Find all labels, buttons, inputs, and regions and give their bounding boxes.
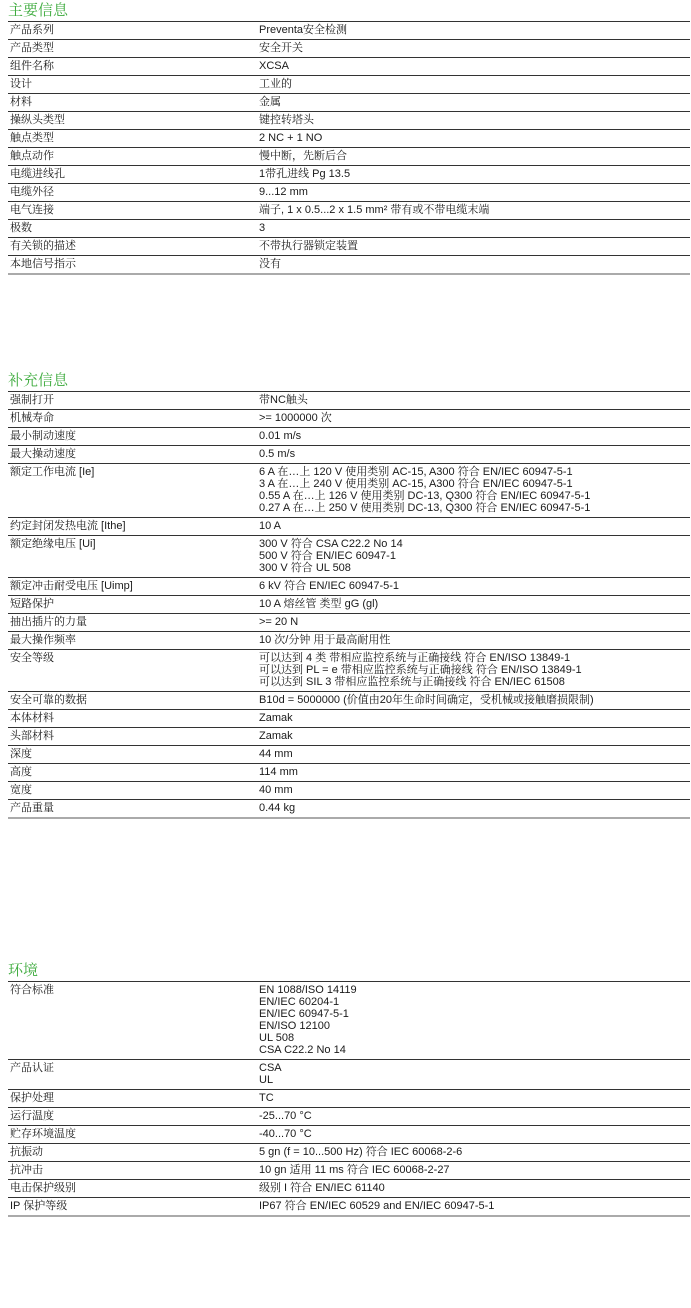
spec-value-line: UL xyxy=(259,1074,690,1086)
spec-label: 宽度 xyxy=(8,782,257,800)
spec-value-line: Zamak xyxy=(259,730,690,742)
spec-label: 安全可靠的数据 xyxy=(8,692,257,710)
spec-value-line: XCSA xyxy=(259,60,690,72)
spec-value-line: IP67 符合 EN/IEC 60529 and EN/IEC 60947-5-… xyxy=(259,1200,690,1212)
spec-value: 带NC触头 xyxy=(257,392,690,410)
section-title: 环境 xyxy=(8,962,690,982)
spec-value-line: 3 xyxy=(259,222,690,234)
table-row: 本体材料Zamak xyxy=(8,710,690,728)
spec-value: 10 gn 适用 11 ms 符合 IEC 60068-2-27 xyxy=(257,1162,690,1180)
spec-value-line: 3 A 在…上 240 V 使用类别 AC-15, A300 符合 EN/IEC… xyxy=(259,478,690,490)
spec-value: 0.5 m/s xyxy=(257,446,690,464)
spec-label: 符合标准 xyxy=(8,982,257,1060)
spec-value-line: 300 V 符合 CSA C22.2 No 14 xyxy=(259,538,690,550)
table-row: 操纵头类型键控转塔头 xyxy=(8,112,690,130)
spec-label: 机械寿命 xyxy=(8,410,257,428)
spec-value: -40...70 °C xyxy=(257,1126,690,1144)
spec-label: 额定绝缘电压 [Ui] xyxy=(8,536,257,578)
spec-label: 额定冲击耐受电压 [Uimp] xyxy=(8,578,257,596)
spec-label: 抗振动 xyxy=(8,1144,257,1162)
spec-value: Zamak xyxy=(257,728,690,746)
spec-value: 工业的 xyxy=(257,76,690,94)
table-row: 运行温度-25...70 °C xyxy=(8,1108,690,1126)
spec-section: 环境符合标准EN 1088/ISO 14119EN/IEC 60204-1EN/… xyxy=(8,962,690,1217)
spec-label: 电击保护级别 xyxy=(8,1180,257,1198)
spec-label: 最小制动速度 xyxy=(8,428,257,446)
spec-value: 9...12 mm xyxy=(257,184,690,202)
section-title: 补充信息 xyxy=(8,372,690,392)
spec-value: 0.44 kg xyxy=(257,800,690,819)
table-row: 最小制动速度0.01 m/s xyxy=(8,428,690,446)
spec-label: 高度 xyxy=(8,764,257,782)
spec-value: 级别 I 符合 EN/IEC 61140 xyxy=(257,1180,690,1198)
spec-label: 本地信号指示 xyxy=(8,256,257,275)
spec-value: B10d = 5000000 (价值由20年生命时间确定，受机械或接触磨损限制) xyxy=(257,692,690,710)
spec-value-line: 金属 xyxy=(259,96,690,108)
table-row: 产品类型安全开关 xyxy=(8,40,690,58)
spec-value: 键控转塔头 xyxy=(257,112,690,130)
spec-label: 产品类型 xyxy=(8,40,257,58)
spec-value-line: EN/IEC 60947-5-1 xyxy=(259,1008,690,1020)
table-row: 电气连接端子, 1 x 0.5...2 x 1.5 mm² 带有或不带电缆末端 xyxy=(8,202,690,220)
spec-label: 约定封闭发热电流 [Ithe] xyxy=(8,518,257,536)
spec-value-line: 级别 I 符合 EN/IEC 61140 xyxy=(259,1182,690,1194)
spec-value: EN 1088/ISO 14119EN/IEC 60204-1EN/IEC 60… xyxy=(257,982,690,1060)
spec-value-line: 0.55 A 在…上 126 V 使用类别 DC-13, Q300 符合 EN/… xyxy=(259,490,690,502)
spec-label: 深度 xyxy=(8,746,257,764)
spec-value-line: 端子, 1 x 0.5...2 x 1.5 mm² 带有或不带电缆末端 xyxy=(259,204,690,216)
spec-value-line: EN/ISO 12100 xyxy=(259,1020,690,1032)
spec-value-line: B10d = 5000000 (价值由20年生命时间确定，受机械或接触磨损限制) xyxy=(259,694,690,706)
spec-value-line: 114 mm xyxy=(259,766,690,778)
spec-value: 10 A xyxy=(257,518,690,536)
spec-label: 产品系列 xyxy=(8,22,257,40)
spec-label: 强制打开 xyxy=(8,392,257,410)
table-row: 机械寿命>= 1000000 次 xyxy=(8,410,690,428)
spec-label: 额定工作电流 [Ie] xyxy=(8,464,257,518)
spec-value: 114 mm xyxy=(257,764,690,782)
table-row: 极数3 xyxy=(8,220,690,238)
spec-value: >= 1000000 次 xyxy=(257,410,690,428)
spec-value-line: EN 1088/ISO 14119 xyxy=(259,984,690,996)
spec-value-line: Zamak xyxy=(259,712,690,724)
spec-value-line: 10 次/分钟 用于最高耐用性 xyxy=(259,634,690,646)
spec-value-line: 500 V 符合 EN/IEC 60947-1 xyxy=(259,550,690,562)
table-row: 组件名称XCSA xyxy=(8,58,690,76)
table-row: 抗振动5 gn (f = 10...500 Hz) 符合 IEC 60068-2… xyxy=(8,1144,690,1162)
table-row: 高度114 mm xyxy=(8,764,690,782)
spec-value-line: 键控转塔头 xyxy=(259,114,690,126)
spec-value: -25...70 °C xyxy=(257,1108,690,1126)
table-row: 抗冲击10 gn 适用 11 ms 符合 IEC 60068-2-27 xyxy=(8,1162,690,1180)
table-row: 强制打开带NC触头 xyxy=(8,392,690,410)
spec-label: 运行温度 xyxy=(8,1108,257,1126)
spec-value: 10 A 熔丝管 类型 gG (gl) xyxy=(257,596,690,614)
spec-value: 1带孔进线 Pg 13.5 xyxy=(257,166,690,184)
spec-label: 保护处理 xyxy=(8,1090,257,1108)
spec-value: 3 xyxy=(257,220,690,238)
spec-value: 0.01 m/s xyxy=(257,428,690,446)
spec-label: 电缆外径 xyxy=(8,184,257,202)
spec-value-line: 9...12 mm xyxy=(259,186,690,198)
table-row: IP 保护等级IP67 符合 EN/IEC 60529 and EN/IEC 6… xyxy=(8,1198,690,1217)
spec-value-line: 0.01 m/s xyxy=(259,430,690,442)
table-row: 触点类型2 NC + 1 NO xyxy=(8,130,690,148)
spec-value-line: 1带孔进线 Pg 13.5 xyxy=(259,168,690,180)
table-row: 设计工业的 xyxy=(8,76,690,94)
spec-value-line: 0.44 kg xyxy=(259,802,690,814)
table-row: 产品系列Preventa安全检测 xyxy=(8,22,690,40)
spec-value-line: 40 mm xyxy=(259,784,690,796)
section-title: 主要信息 xyxy=(8,2,690,22)
table-row: 抽出插片的力量>= 20 N xyxy=(8,614,690,632)
spec-label: 触点类型 xyxy=(8,130,257,148)
spec-value: 安全开关 xyxy=(257,40,690,58)
spec-value-line: 慢中断，先断后合 xyxy=(259,150,690,162)
table-row: 额定工作电流 [Ie]6 A 在…上 120 V 使用类别 AC-15, A30… xyxy=(8,464,690,518)
spec-value-line: 10 A 熔丝管 类型 gG (gl) xyxy=(259,598,690,610)
spec-value: 2 NC + 1 NO xyxy=(257,130,690,148)
spec-value-line: -25...70 °C xyxy=(259,1110,690,1122)
spec-label: 本体材料 xyxy=(8,710,257,728)
spec-label: 头部材料 xyxy=(8,728,257,746)
table-row: 宽度40 mm xyxy=(8,782,690,800)
spec-value-line: 5 gn (f = 10...500 Hz) 符合 IEC 60068-2-6 xyxy=(259,1146,690,1158)
spec-value: 6 kV 符合 EN/IEC 60947-5-1 xyxy=(257,578,690,596)
spec-value-line: >= 1000000 次 xyxy=(259,412,690,424)
spec-value-line: CSA C22.2 No 14 xyxy=(259,1044,690,1056)
spec-value: IP67 符合 EN/IEC 60529 and EN/IEC 60947-5-… xyxy=(257,1198,690,1217)
spec-label: IP 保护等级 xyxy=(8,1198,257,1217)
spec-value: 44 mm xyxy=(257,746,690,764)
spec-label: 组件名称 xyxy=(8,58,257,76)
table-row: 深度44 mm xyxy=(8,746,690,764)
spec-value: 300 V 符合 CSA C22.2 No 14500 V 符合 EN/IEC … xyxy=(257,536,690,578)
spec-table: 强制打开带NC触头机械寿命>= 1000000 次最小制动速度0.01 m/s最… xyxy=(8,392,690,819)
table-row: 额定冲击耐受电压 [Uimp]6 kV 符合 EN/IEC 60947-5-1 xyxy=(8,578,690,596)
spec-value: 慢中断，先断后合 xyxy=(257,148,690,166)
spec-value-line: 可以达到 SIL 3 带相应监控系统与正确接线 符合 EN/IEC 61508 xyxy=(259,676,690,688)
spec-value-line: 没有 xyxy=(259,258,690,270)
spec-value-line: Preventa安全检测 xyxy=(259,24,690,36)
table-row: 触点动作慢中断，先断后合 xyxy=(8,148,690,166)
spec-label: 安全等级 xyxy=(8,650,257,692)
spec-label: 产品认证 xyxy=(8,1060,257,1090)
spec-value-line: 10 A xyxy=(259,520,690,532)
spec-label: 电缆进线孔 xyxy=(8,166,257,184)
spec-label: 有关锁的描述 xyxy=(8,238,257,256)
table-row: 贮存环境温度-40...70 °C xyxy=(8,1126,690,1144)
spec-value: 40 mm xyxy=(257,782,690,800)
spec-value-line: 300 V 符合 UL 508 xyxy=(259,562,690,574)
spec-value-line: 2 NC + 1 NO xyxy=(259,132,690,144)
spec-value-line: 44 mm xyxy=(259,748,690,760)
table-row: 电击保护级别级别 I 符合 EN/IEC 61140 xyxy=(8,1180,690,1198)
table-row: 约定封闭发热电流 [Ithe]10 A xyxy=(8,518,690,536)
spec-label: 操纵头类型 xyxy=(8,112,257,130)
spec-label: 设计 xyxy=(8,76,257,94)
spec-value-line: >= 20 N xyxy=(259,616,690,628)
spec-value: XCSA xyxy=(257,58,690,76)
table-row: 电缆外径9...12 mm xyxy=(8,184,690,202)
spec-value: CSAUL xyxy=(257,1060,690,1090)
spec-section: 补充信息强制打开带NC触头机械寿命>= 1000000 次最小制动速度0.01 … xyxy=(8,372,690,819)
table-row: 有关锁的描述不带执行器锁定装置 xyxy=(8,238,690,256)
spec-section: 主要信息产品系列Preventa安全检测产品类型安全开关组件名称XCSA设计工业… xyxy=(8,2,690,275)
spec-label: 贮存环境温度 xyxy=(8,1126,257,1144)
spec-value: 6 A 在…上 120 V 使用类别 AC-15, A300 符合 EN/IEC… xyxy=(257,464,690,518)
table-row: 最大操动速度0.5 m/s xyxy=(8,446,690,464)
spec-label: 触点动作 xyxy=(8,148,257,166)
table-row: 最大操作频率10 次/分钟 用于最高耐用性 xyxy=(8,632,690,650)
spec-label: 最大操作频率 xyxy=(8,632,257,650)
spec-value-line: -40...70 °C xyxy=(259,1128,690,1140)
spec-value-line: 带NC触头 xyxy=(259,394,690,406)
table-row: 电缆进线孔1带孔进线 Pg 13.5 xyxy=(8,166,690,184)
spec-value: 10 次/分钟 用于最高耐用性 xyxy=(257,632,690,650)
spec-label: 材料 xyxy=(8,94,257,112)
spec-value-line: TC xyxy=(259,1092,690,1104)
spec-value-line: 6 kV 符合 EN/IEC 60947-5-1 xyxy=(259,580,690,592)
spec-value-line: 可以达到 PL = e 带相应监控系统与正确接线 符合 EN/ISO 13849… xyxy=(259,664,690,676)
spec-value: 不带执行器锁定装置 xyxy=(257,238,690,256)
spec-label: 短路保护 xyxy=(8,596,257,614)
spec-value: 金属 xyxy=(257,94,690,112)
spec-value-line: 6 A 在…上 120 V 使用类别 AC-15, A300 符合 EN/IEC… xyxy=(259,466,690,478)
spec-value: Preventa安全检测 xyxy=(257,22,690,40)
spec-value-line: 0.27 A 在…上 250 V 使用类别 DC-13, Q300 符合 EN/… xyxy=(259,502,690,514)
spec-label: 电气连接 xyxy=(8,202,257,220)
table-row: 产品认证CSAUL xyxy=(8,1060,690,1090)
spec-value-line: 可以达到 4 类 带相应监控系统与正确接线 符合 EN/ISO 13849-1 xyxy=(259,652,690,664)
spec-value: 端子, 1 x 0.5...2 x 1.5 mm² 带有或不带电缆末端 xyxy=(257,202,690,220)
spec-value-line: EN/IEC 60204-1 xyxy=(259,996,690,1008)
table-row: 产品重量0.44 kg xyxy=(8,800,690,819)
spec-value: >= 20 N xyxy=(257,614,690,632)
spec-value-line: 工业的 xyxy=(259,78,690,90)
table-row: 本地信号指示没有 xyxy=(8,256,690,275)
spec-value-line: 安全开关 xyxy=(259,42,690,54)
spec-value: Zamak xyxy=(257,710,690,728)
table-row: 额定绝缘电压 [Ui]300 V 符合 CSA C22.2 No 14500 V… xyxy=(8,536,690,578)
spec-value-line: 0.5 m/s xyxy=(259,448,690,460)
table-row: 安全可靠的数据B10d = 5000000 (价值由20年生命时间确定，受机械或… xyxy=(8,692,690,710)
spec-value-line: 不带执行器锁定装置 xyxy=(259,240,690,252)
spec-value-line: CSA xyxy=(259,1062,690,1074)
spec-value: 没有 xyxy=(257,256,690,275)
spec-label: 产品重量 xyxy=(8,800,257,819)
table-row: 材料金属 xyxy=(8,94,690,112)
spec-value: TC xyxy=(257,1090,690,1108)
spec-label: 抗冲击 xyxy=(8,1162,257,1180)
spec-value: 5 gn (f = 10...500 Hz) 符合 IEC 60068-2-6 xyxy=(257,1144,690,1162)
spec-value: 可以达到 4 类 带相应监控系统与正确接线 符合 EN/ISO 13849-1可… xyxy=(257,650,690,692)
spec-table: 产品系列Preventa安全检测产品类型安全开关组件名称XCSA设计工业的材料金… xyxy=(8,22,690,275)
table-row: 短路保护10 A 熔丝管 类型 gG (gl) xyxy=(8,596,690,614)
table-row: 头部材料Zamak xyxy=(8,728,690,746)
spec-value-line: 10 gn 适用 11 ms 符合 IEC 60068-2-27 xyxy=(259,1164,690,1176)
table-row: 保护处理TC xyxy=(8,1090,690,1108)
table-row: 安全等级可以达到 4 类 带相应监控系统与正确接线 符合 EN/ISO 1384… xyxy=(8,650,690,692)
spec-label: 抽出插片的力量 xyxy=(8,614,257,632)
spec-value-line: UL 508 xyxy=(259,1032,690,1044)
spec-label: 极数 xyxy=(8,220,257,238)
spec-label: 最大操动速度 xyxy=(8,446,257,464)
table-row: 符合标准EN 1088/ISO 14119EN/IEC 60204-1EN/IE… xyxy=(8,982,690,1060)
spec-table: 符合标准EN 1088/ISO 14119EN/IEC 60204-1EN/IE… xyxy=(8,982,690,1217)
